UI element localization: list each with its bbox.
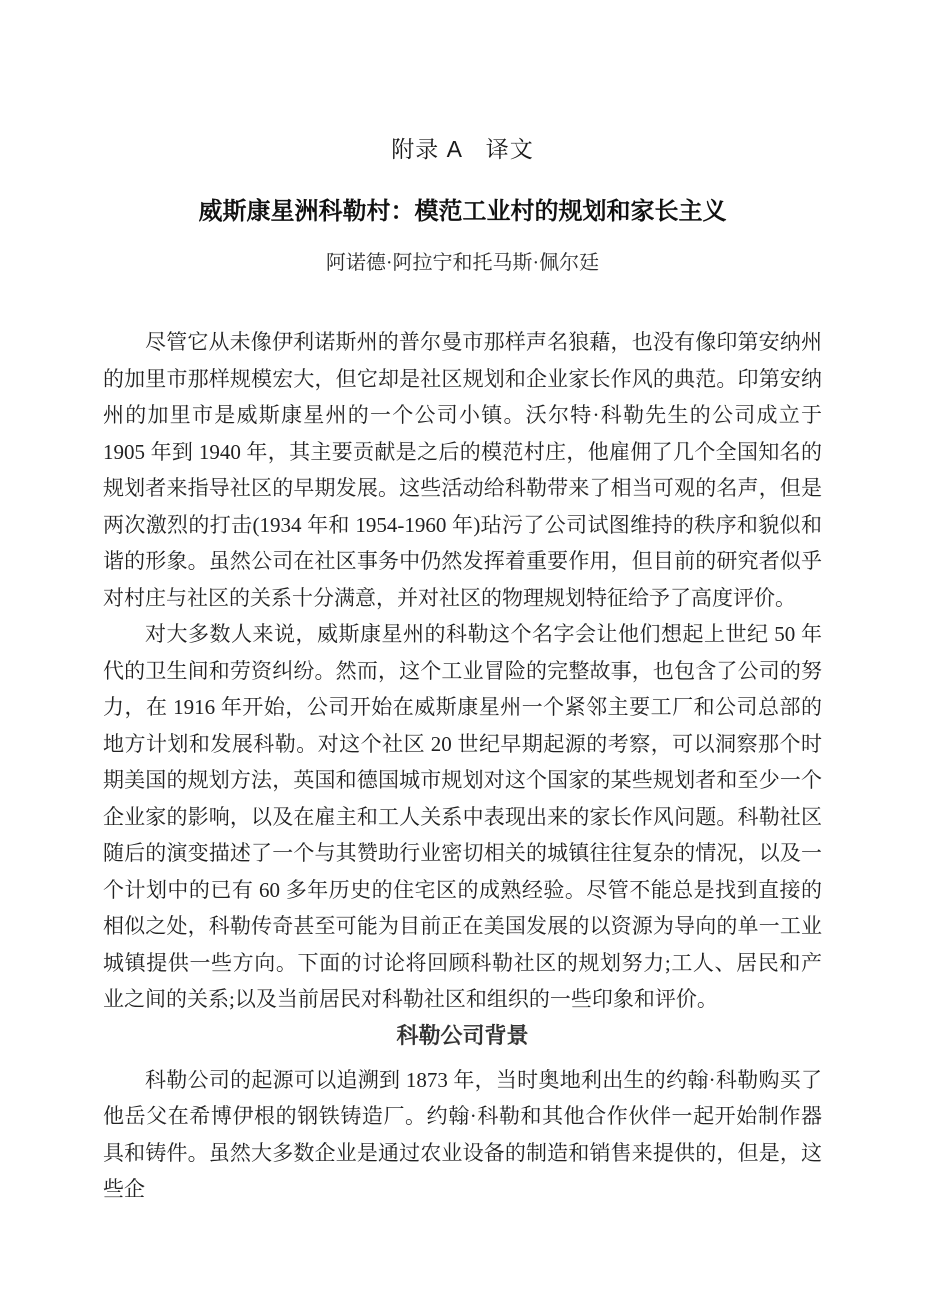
- section-paragraph-1: 科勒公司的起源可以追溯到 1873 年，当时奥地利出生的约翰·科勒购买了他岳父在…: [103, 1062, 822, 1208]
- article-title: 威斯康星洲科勒村：模范工业村的规划和家长主义: [103, 195, 822, 228]
- intro-paragraph-1: 尽管它从未像伊利诺斯州的普尔曼市那样声名狼藉，也没有像印第安纳州的加里市那样规模…: [103, 324, 822, 616]
- appendix-title: 附录 A 译文: [103, 136, 822, 162]
- section-heading-company-background: 科勒公司背景: [103, 1022, 822, 1050]
- byline: 阿诺德·阿拉宁和托马斯·佩尔廷: [103, 250, 822, 276]
- document-page: 附录 A 译文 威斯康星洲科勒村：模范工业村的规划和家长主义 阿诺德·阿拉宁和托…: [0, 0, 926, 1309]
- article-body: 尽管它从未像伊利诺斯州的普尔曼市那样声名狼藉，也没有像印第安纳州的加里市那样规模…: [103, 324, 822, 1208]
- intro-paragraph-2: 对大多数人来说，威斯康星州的科勒这个名字会让他们想起上世纪 50 年代的卫生间和…: [103, 616, 822, 1018]
